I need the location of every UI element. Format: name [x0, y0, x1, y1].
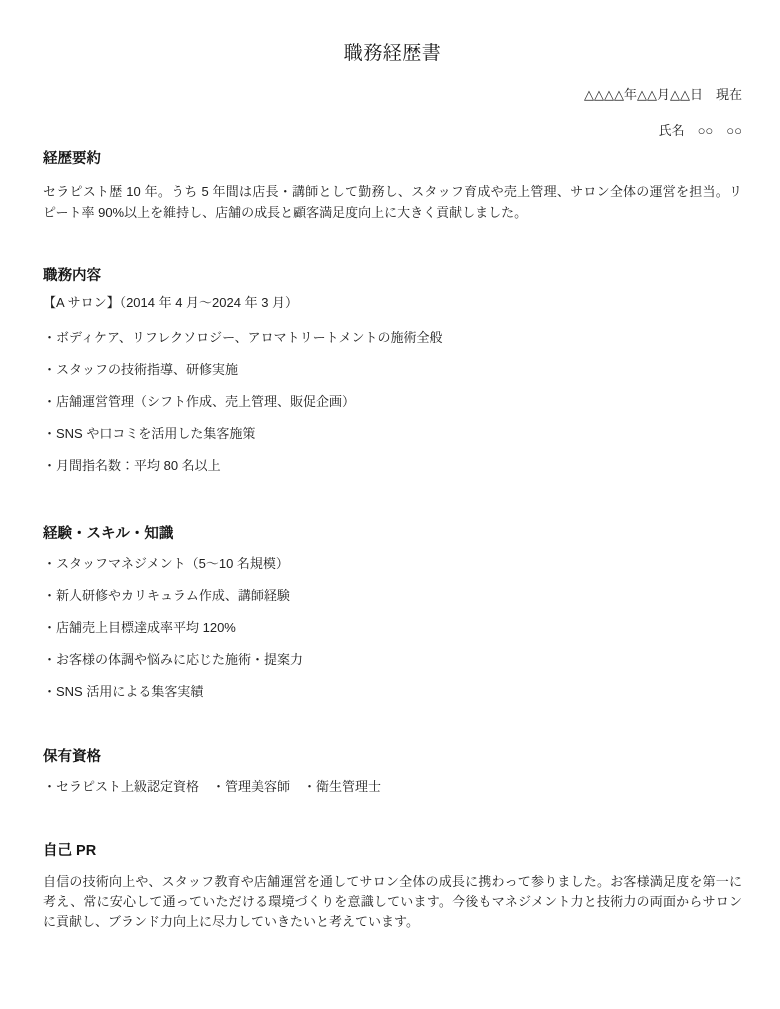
company-period-line: 【A サロン】（2014 年 4 月～2024 年 3 月） [43, 294, 742, 311]
heading-self-pr: 自己 PR [43, 842, 742, 860]
section-qualifications: 保有資格 ・セラピスト上級認定資格 ・管理美容師 ・衛生管理士 [43, 748, 742, 795]
heading-qualifications: 保有資格 [43, 748, 742, 766]
date-line: △△△△年△△月△△日 現在 [43, 87, 742, 103]
heading-skills: 経験・スキル・知識 [43, 525, 742, 543]
skill-item: ・スタッフマネジメント（5～10 名規模） [43, 555, 742, 572]
duty-item: ・ボディケア、リフレクソロジー、アロマトリートメントの施術全般 [43, 329, 742, 346]
heading-career-summary: 経歴要約 [43, 150, 742, 168]
skill-item: ・新人研修やカリキュラム作成、講師経験 [43, 587, 742, 604]
skill-item: ・店舗売上目標達成率平均 120% [43, 619, 742, 636]
skill-item: ・SNS 活用による集客実績 [43, 683, 742, 700]
heading-job-duties: 職務内容 [43, 267, 742, 285]
section-skills: 経験・スキル・知識 ・スタッフマネジメント（5～10 名規模） ・新人研修やカリ… [43, 525, 742, 700]
section-career-summary: 経歴要約 セラピスト歴 10 年。うち 5 年間は店長・講師として勤務し、スタッ… [43, 150, 742, 223]
career-summary-text: セラピスト歴 10 年。うち 5 年間は店長・講師として勤務し、スタッフ育成や売… [43, 181, 742, 223]
qualifications-line: ・セラピスト上級認定資格 ・管理美容師 ・衛生管理士 [43, 778, 742, 795]
duties-list: ・ボディケア、リフレクソロジー、アロマトリートメントの施術全般 ・スタッフの技術… [43, 329, 742, 474]
page-title: 職務経歴書 [43, 42, 742, 66]
skills-list: ・スタッフマネジメント（5～10 名規模） ・新人研修やカリキュラム作成、講師経… [43, 555, 742, 700]
duty-item: ・スタッフの技術指導、研修実施 [43, 361, 742, 378]
resume-document-page: 職務経歴書 △△△△年△△月△△日 現在 氏名 ○○ ○○ 経歴要約 セラピスト… [0, 0, 780, 1009]
duty-item: ・SNS や口コミを活用した集客施策 [43, 425, 742, 442]
section-self-pr: 自己 PR 自信の技術向上や、スタッフ教育や店舗運営を通してサロン全体の成長に携… [43, 842, 742, 932]
section-job-duties: 職務内容 【A サロン】（2014 年 4 月～2024 年 3 月） ・ボディ… [43, 267, 742, 474]
self-pr-text: 自信の技術向上や、スタッフ教育や店舗運営を通してサロン全体の成長に携わって参りま… [43, 872, 742, 932]
duty-item: ・月間指名数：平均 80 名以上 [43, 457, 742, 474]
duty-item: ・店舗運営管理（シフト作成、売上管理、販促企画） [43, 393, 742, 410]
skill-item: ・お客様の体調や悩みに応じた施術・提案力 [43, 651, 742, 668]
name-line: 氏名 ○○ ○○ [43, 123, 742, 139]
